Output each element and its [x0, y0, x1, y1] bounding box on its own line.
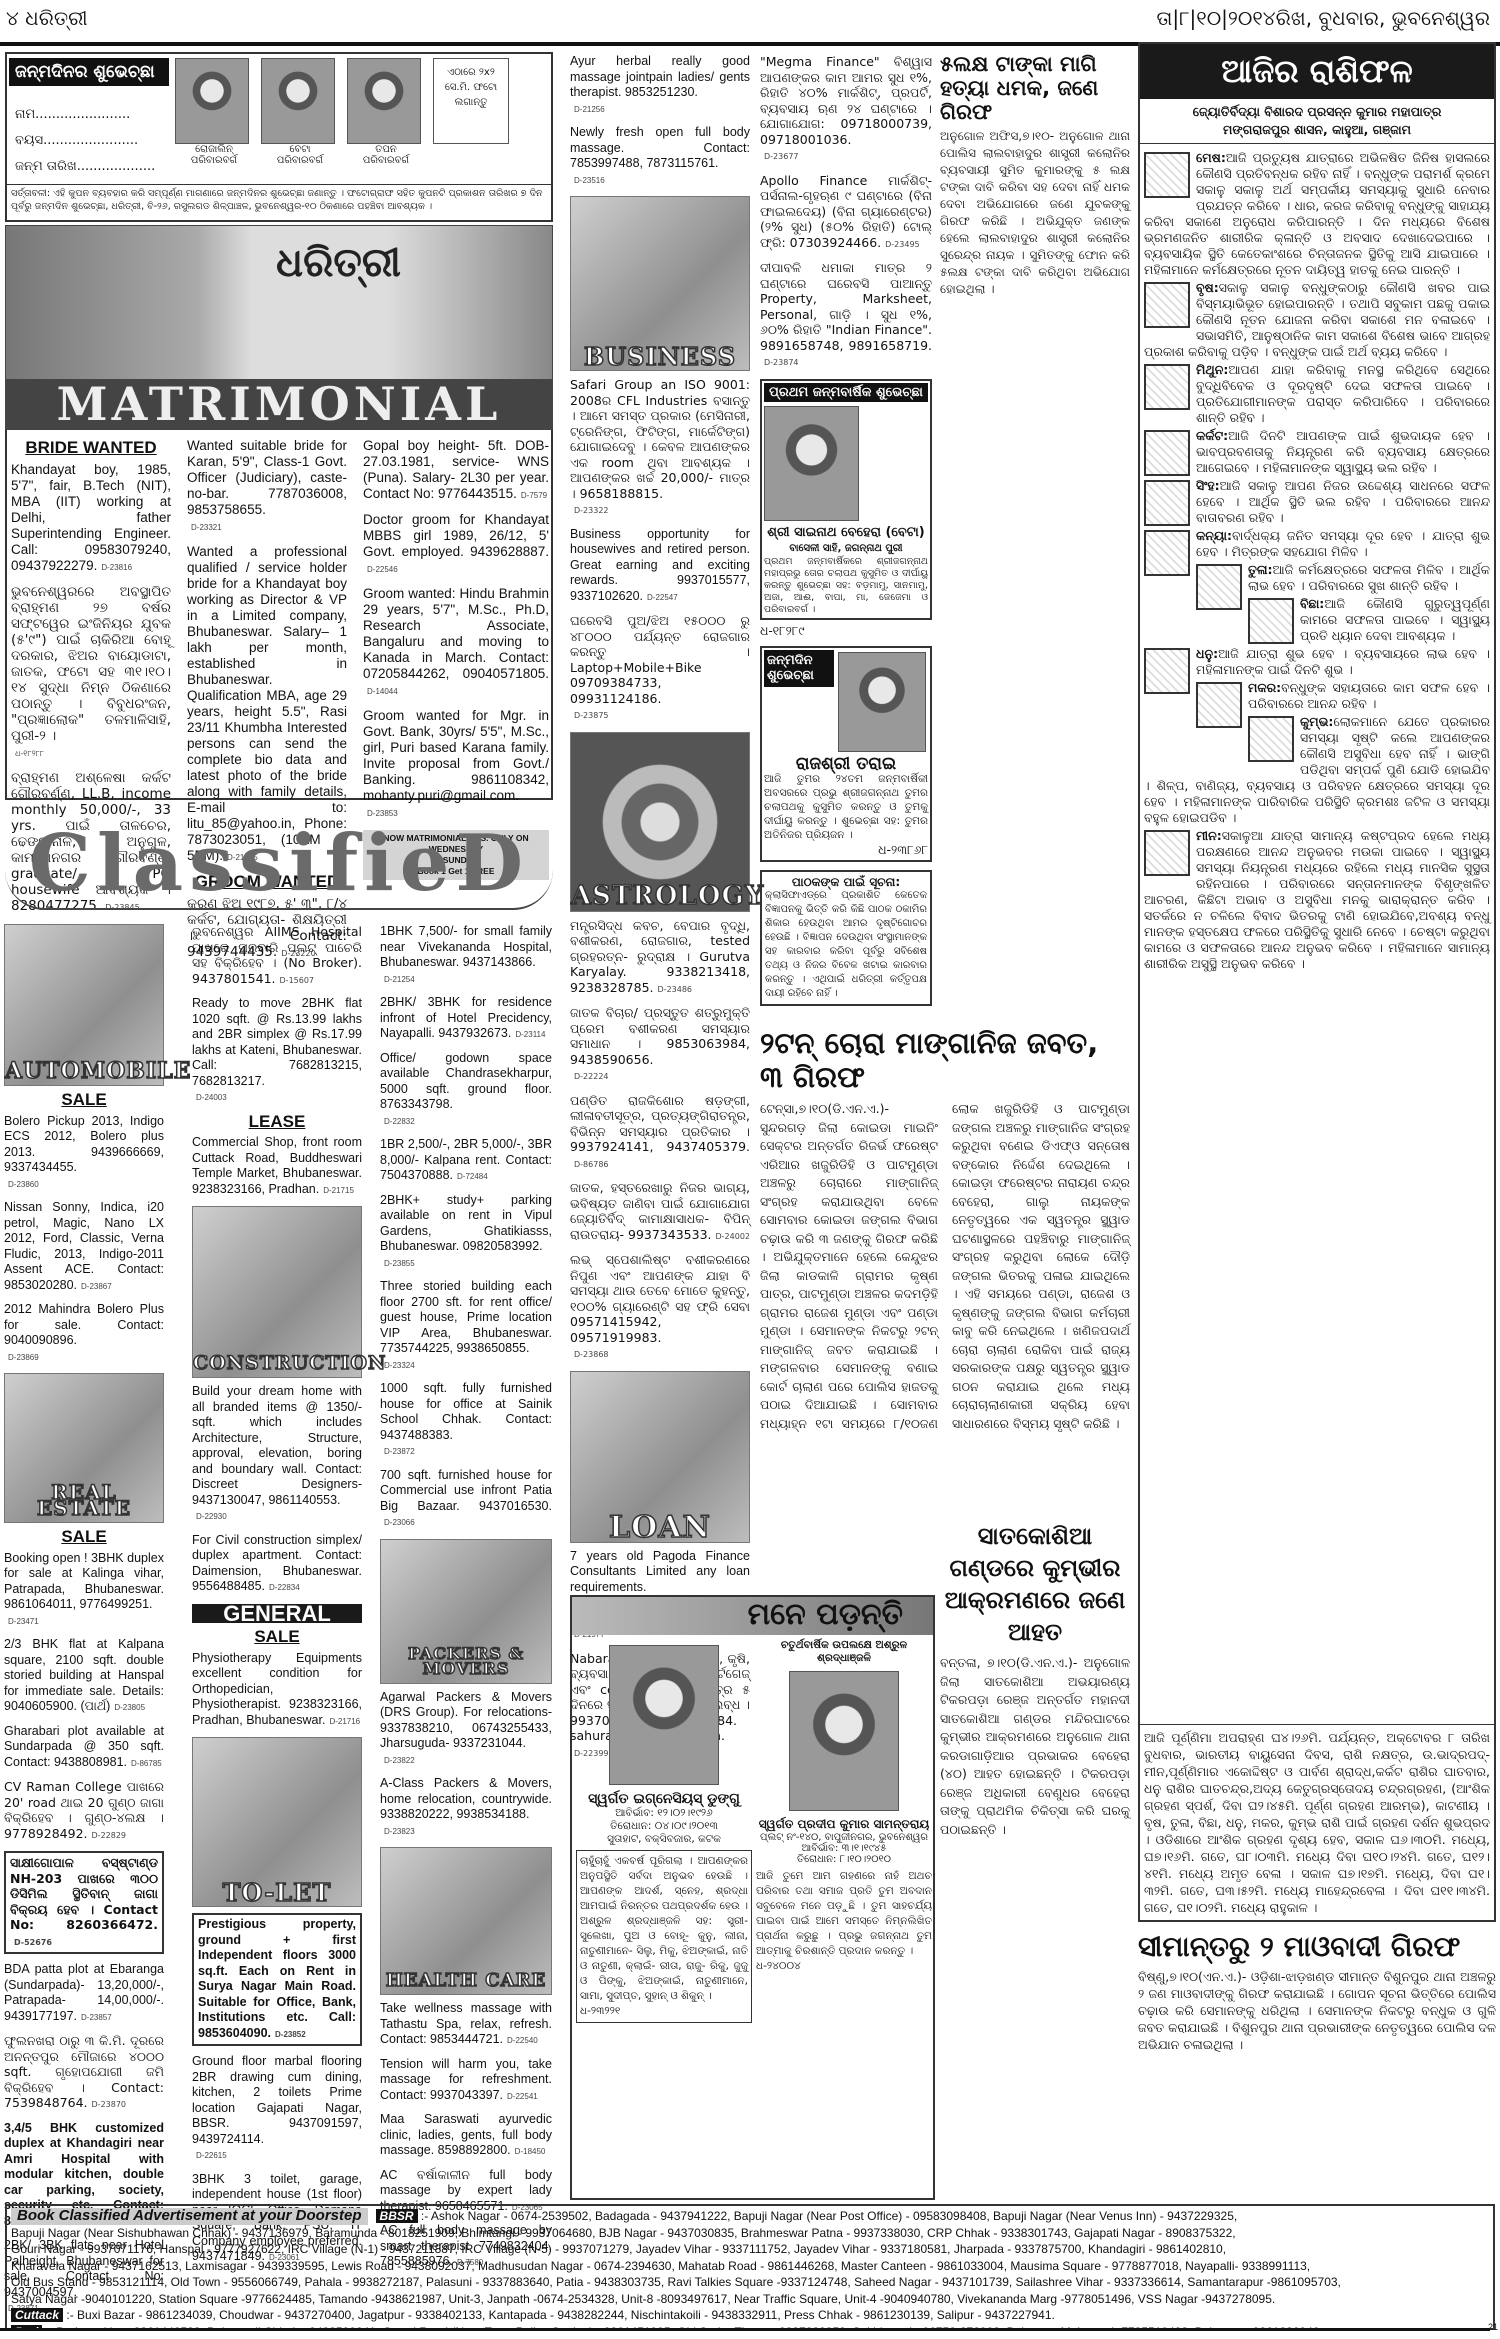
- lion-icon: [1144, 480, 1190, 526]
- finance-column: "Megma Finance" ବିଶ୍ୱାସ ଆପଣଙ୍କର କାମ ଆମର …: [760, 54, 932, 1006]
- code: D-23867: [81, 1279, 112, 1295]
- classified-ad: Apollo Finance ମାର୍କଶିଟ୍-ପର୍ସନାଲ-ଗୃହଋଣ ୯…: [760, 173, 932, 253]
- business-column: Ayur herbal really good massage jointpai…: [570, 54, 750, 1769]
- scales-icon: [1196, 564, 1242, 610]
- birthday-coupon: ଜନ୍ମଦିନର ଶୁଭେଚ୍ଛା ନାମ...................…: [5, 52, 553, 222]
- classified-ad: 2BHK+ study+ parking available on rent i…: [380, 1193, 552, 1272]
- name: କର୍କଟ:: [1196, 428, 1228, 443]
- code: D-23805: [114, 1700, 145, 1716]
- name: ସିଂହ:: [1196, 478, 1220, 493]
- packers-caption: PACKERS & MOVERS: [381, 1646, 551, 1677]
- code: D-22540: [507, 2033, 538, 2049]
- photo-placeholder: ଏଠାରେ ୨x୨ ସେ.ମି. ଫଟୋ ଲଗାନ୍ତୁ: [433, 58, 509, 144]
- age-field[interactable]: ବୟସ.......................: [15, 128, 155, 154]
- matrimonial-ad: ଭୁବନେଶ୍ୱରରେ ଅବସ୍ଥାପିତ ବ୍ରାହ୍ମଣ ୨୭ ବର୍ଷର …: [11, 584, 171, 762]
- code: D-22546: [367, 562, 398, 578]
- text: Three storied building each floor 2700 s…: [380, 1279, 552, 1355]
- news-story-3: ସାତକୋଶିଆ ଗଣ୍ଡରେ କୁମ୍ଭୀର ଆକ୍ରମଣରେ ଜଣେ ଆହତ…: [940, 1520, 1130, 1839]
- lease-heading: LEASE: [192, 1114, 362, 1130]
- classified-ad: 2BHK/ 3BHK for residence infront of Hote…: [380, 995, 552, 1043]
- text: ଦୀପାବଳି ଧମାକା ମାତ୍ର ୨ ଘଣ୍ଟାରେ ଘରେବସି ପାଆ…: [760, 260, 932, 353]
- fish-icon: [1144, 830, 1190, 876]
- classified-ad: 1000 sqft. fully furnished house for off…: [380, 1381, 552, 1460]
- code: D-23870: [92, 2097, 127, 2113]
- footer-title: Book Classified Advertisement at your Do…: [11, 2208, 368, 2225]
- name: ରାଜଶ୍ରୀ ତରାଇ: [764, 757, 928, 773]
- code: D-22832: [384, 1114, 415, 1130]
- date-line: ତା|୮|୧୦|୨୦୧୪ରିଖ, ବୁଧବାର, ଭୁବନେଶ୍ୱର: [1156, 6, 1490, 30]
- text: CV Raman College ପାଖରେ 20' road ଥାଇ 20 ଗ…: [4, 1779, 164, 1841]
- code: D-23823: [384, 1824, 415, 1840]
- text: A-Class Packers & Movers, home relocatio…: [380, 1776, 552, 1821]
- automobile-column: AUTOMOBILE SALE Bolero Pickup 2013, Indi…: [4, 924, 164, 2325]
- text: ପଣ୍ଡିତ ରାଜକିଶୋର ଷଡ଼ଙ୍ଗୀ, ଲୀଳାବତୀସୂତ୍ର, ପ…: [570, 1093, 750, 1155]
- bull-icon: [1144, 282, 1190, 328]
- photo-family: ପରିବାରବର୍ଗ: [347, 155, 425, 166]
- name: ତୁଳା:: [1248, 562, 1273, 577]
- classified-ad: A-Class Packers & Movers, home relocatio…: [380, 1776, 552, 1839]
- code: D-22615: [196, 2148, 227, 2164]
- text: "Megma Finance" ବିଶ୍ୱାସ ଆପଣଙ୍କର କାମ ଆମର …: [760, 54, 932, 147]
- construction-caption: CONSTRUCTION: [193, 1356, 361, 1372]
- 0: Ashok Nagar - 0674-2539502, Badagada - 9…: [431, 2209, 1237, 2223]
- lease-column: ଭୁବନେଶ୍ୱର AIIMS Hospital ପାଖରେ ଘରବାରି ପ୍…: [192, 924, 362, 2274]
- death: ତିରୋଧାନ: ୮।୧୦।୨୦୧୦: [756, 1854, 932, 1865]
- classified-ad: Newly fresh open full body massage. Cont…: [570, 125, 750, 188]
- classified-ad: Tension will harm you, take massage for …: [380, 2057, 552, 2105]
- coupon-title: ଜନ୍ମଦିନର ଶୁଭେଚ୍ଛା: [9, 58, 169, 86]
- tolet-image: TO-LET: [192, 1737, 362, 1907]
- deceased-photo-2: [789, 1671, 899, 1811]
- code: D-23322: [574, 503, 609, 519]
- name: ଶ୍ରୀ ସାଇନାଥ ବେହେରା (ବେଟା): [764, 525, 928, 541]
- death: ତିରୋଧାନ: ୦୪।୦୯।୨୦୧୩: [576, 1820, 752, 1833]
- code: D-18450: [515, 2144, 546, 2160]
- classified-ad: Commercial Shop, front room Cuttack Road…: [192, 1135, 362, 1198]
- name: ସ୍ୱର୍ଗତ ଇଗ୍‌ନେସିୟସ୍ ଡୁଙ୍ଗୁ: [576, 1791, 752, 1807]
- classified-ad: ଲଭ୍ ସ୍ପେଶାଲିଷ୍ଟ ବଶୀକରଣରେ ନିପୁଣ ଏବଂ ଆପଣଙ୍…: [570, 1252, 750, 1363]
- footer-line: Old Bus Stand - 9853121114, Old Town - 9…: [11, 2274, 1489, 2291]
- code: D-23471: [8, 1614, 39, 1630]
- text: Agarwal Packers & Movers (DRS Group). Fo…: [380, 1690, 552, 1751]
- code: D-23321: [191, 520, 222, 536]
- body: ଅନୁଗୋଳ ଅଫିସ,୭।୧୦- ଅନୁଗୋଳ ଥାନା ପୋଲିସ ଲାଲବ…: [940, 128, 1130, 298]
- news-story-1: ୫ଲକ୍ଷ ଟାଙ୍କା ମାଗି ହତ୍ୟା ଧମକ, ଜଣେ ଗିରଫ ଅନ…: [940, 52, 1130, 298]
- ram-icon: [1144, 152, 1190, 198]
- deceased-photo-1: [609, 1645, 719, 1785]
- code: D-21716: [329, 1714, 360, 1730]
- classified-ad: Take wellness massage with Tathastu Spa,…: [380, 2001, 552, 2049]
- rashi-simha: ସିଂହ:ଆଜି ସକାଳୁ ଆପଣ ନିଜର ଉଦ୍ଦେଶ୍ୟ ସାଧନରେ …: [1144, 478, 1490, 526]
- matrimonial-ad: Groom wanted for Mgr. in Govt. Bank, 30y…: [363, 708, 549, 822]
- text: ଭୁବନେଶ୍ୱର AIIMS Hospital ପାଖରେ ଘରବାରି ପ୍…: [192, 924, 362, 986]
- image-caption: REAL ESTATE: [5, 1485, 163, 1516]
- photo-family: ପରିବାରବର୍ଗ: [175, 155, 253, 166]
- code: D-24003: [196, 1090, 227, 1106]
- photo-name: ତପନ: [347, 144, 425, 155]
- astrology-image: ASTROLOGY: [570, 732, 750, 912]
- code: D-23816: [101, 560, 132, 576]
- code: D-23114: [515, 1027, 545, 1043]
- photo-family: ପରିବାରବର୍ଗ: [261, 155, 339, 166]
- bbsr-label: BBSR: [376, 2209, 418, 2223]
- name: କନ୍ୟା:: [1196, 528, 1232, 543]
- cuttack-line: :- Buxi Bazar - 9861234039, Choudwar - 9…: [66, 2308, 1054, 2322]
- packers-movers-image: PACKERS & MOVERS: [380, 1539, 552, 1684]
- classified-ad: ଫୁଲନଖରା ଠାରୁ ୩ କି.ମି. ଦୂରରେ ଅନନ୍ତପୁର ମୌଜ…: [4, 2033, 164, 2113]
- boxed-ad: Prestigious property, ground + first Ind…: [192, 1913, 362, 2046]
- footer-line: Satya Nagar -9040101220, Station Square …: [11, 2291, 1489, 2308]
- code: D-23066: [384, 1515, 415, 1531]
- construction-image: CONSTRUCTION: [192, 1206, 362, 1378]
- name: ବିଛା:: [1300, 596, 1324, 611]
- woman-photo: [838, 652, 926, 752]
- classified-ad: ଘରେବସି ପୁଅ/ଝିଅ ୧୫୦୦୦ ରୁ ୪୮୦୦୦ ପର୍ଯ୍ୟନ୍ତ …: [570, 613, 750, 724]
- message: ଚାହୁଁଚାହୁଁ ଏକବର୍ଷ ପୂରିଗଲା । ଆପଣଙ୍କର ଅନୁପ…: [580, 1855, 748, 2002]
- name: ମକର:: [1248, 680, 1281, 695]
- loan-image: LOAN: [570, 1371, 750, 1543]
- maiden-icon: [1144, 530, 1190, 576]
- first-birthday-ad: ପ୍ରଥମ ଜନ୍ମବାର୍ଷିକ ଶୁଭେଚ୍ଛା ଶ୍ରୀ ସାଇନାଥ ବ…: [760, 379, 932, 621]
- text: ଆଜି ଯାତ୍ରା ଶୁଭ ହେବ । ବ୍ୟବସାୟରେ ଲାଭ ହେବ ।…: [1196, 646, 1490, 677]
- photo-name: ରୋଜାଲିନ୍: [175, 144, 253, 155]
- real-estate-sale-heading: SALE: [4, 1529, 164, 1545]
- address: ସୁତାହାଟ, ବକ୍ସିବଜାର, କଟକ: [576, 1833, 752, 1846]
- code: D-22834: [269, 1580, 300, 1596]
- classified-ad: ଭୁବନେଶ୍ୱର AIIMS Hospital ପାଖରେ ଘରବାରି ପ୍…: [192, 924, 362, 988]
- text: ବନ୍ଧୁଙ୍କ ସହାୟତାରେ କାମ ସଫଳ ହେବ । ପରିବାରରେ…: [1248, 680, 1490, 711]
- code: D-23874: [764, 355, 799, 371]
- doorstep-booking-footer: Book Classified Advertisement at your Do…: [5, 2204, 1495, 2330]
- rashi-vrisha: ବୃଷ:ସକାଳୁ ସକାଳୁ ବନ୍ଧୁଙ୍କଠାରୁ କୌଣସି ଖବର ପ…: [1144, 280, 1490, 360]
- bride-wanted-heading: BRIDE WANTED: [11, 440, 171, 456]
- text: ଆପଣ ଯାହା କରିବାକୁ ମନସ୍ଥ କରିଥିବେ ସେଥିରେ ବୁ…: [1196, 362, 1490, 425]
- title: ଜନ୍ମଦିନ ଶୁଭେଚ୍ଛା: [764, 650, 834, 687]
- text: Khandayat boy, 1985, 5'7", fair, B.Tech …: [11, 462, 171, 573]
- code: D-86785: [131, 1756, 162, 1772]
- text: ବାର୍ଦ୍ଧକ୍ୟ ଜନିତ ସମସ୍ୟା ଦୂର ହେବ । ଯାତ୍ରା …: [1196, 528, 1490, 559]
- name: ଧନୁ:: [1196, 646, 1218, 661]
- text: 1000 sqft. fully furnished house for off…: [380, 1381, 552, 1442]
- child-photo-1: [175, 58, 249, 144]
- archer-icon: [1144, 648, 1190, 694]
- classified-ad: BDA patta plot at Ebaranga (Sundarpada)-…: [4, 1962, 164, 2025]
- title: ପ୍ରଥମ ଜନ୍ମବାର୍ଷିକ ଶୁଭେଚ୍ଛା: [764, 383, 928, 403]
- classified-ad: 700 sqft. furnished house for Commercial…: [380, 1468, 552, 1531]
- goat-icon: [1196, 682, 1242, 728]
- text: Groom wanted: Hindu Brahmin 29 years, 5'…: [363, 586, 549, 681]
- name: କୁମ୍ଭ:: [1300, 714, 1333, 729]
- classified-ad: ଜାତକ ବିଚାର/ ପ୍ରସ୍ତୁତ ଶତ୍ରୁମୁକ୍ତି ପ୍ରେମ ବ…: [570, 1005, 750, 1085]
- name: ମେଷ:: [1196, 150, 1226, 165]
- rashi-karkata: କର୍କଟ:ଆଜି ଦିନଟି ଆପଣଙ୍କ ପାଇଁ ଶୁଭଦାୟକ ହେବ …: [1144, 428, 1490, 476]
- code: D-22547: [647, 590, 678, 606]
- rashi-mesha: ମେଷ:ଆଜି ପ୍ରତ୍ୟୁଷ ଯାତ୍ରାରେ ଅଭିଳଷିତ ଜିନିଷ …: [1144, 150, 1490, 278]
- rashi-mithuna: ମିଥୁନ:ଆପଣ ଯାହା କରିବାକୁ ମନସ୍ଥ କରିଥିବେ ସେଥ…: [1144, 362, 1490, 426]
- text: Build your dream home with all branded i…: [192, 1384, 362, 1507]
- text: ଆଜି ସକାଳୁ ଆପଣ ନିଜର ଉଦ୍ଦେଶ୍ୟ ସାଧନରେ ସଫଳ ହ…: [1196, 478, 1490, 525]
- classified-ad: Agarwal Packers & Movers (DRS Group). Fo…: [380, 1690, 552, 1769]
- text: ଆଜି ଦିନଟି ଆପଣଙ୍କ ପାଇଁ ଶୁଭଦାୟକ ହେବ । ଭାବପ…: [1196, 428, 1490, 475]
- classified-ad: Ready to move 2BHK flat 1020 sqft. @ Rs.…: [192, 996, 362, 1106]
- text: Prestigious property, ground + first Ind…: [198, 1917, 356, 2040]
- water-pot-icon: [1248, 716, 1294, 762]
- code: ଧ-୨୪୦୦୪: [756, 1960, 801, 1972]
- name: ବୃଷ:: [1196, 280, 1219, 295]
- classified-ad: ଜାତକ, ହସ୍ତରେଖାରୁ ନିଜର ଭାଗ୍ୟ, ଭବିଷ୍ୟତ ଜାଣ…: [570, 1180, 750, 1244]
- birthday-ad: ଜନ୍ମଦିନ ଶୁଭେଚ୍ଛା ରାଜଶ୍ରୀ ତରାଇ ଆଜି ତୁମର ୨…: [760, 646, 932, 862]
- rashi-dhanu: ଧନୁ:ଆଜି ଯାତ୍ରା ଶୁଭ ହେବ । ବ୍ୟବସାୟରେ ଲାଭ ହ…: [1144, 646, 1490, 678]
- name-field[interactable]: ନାମ.......................: [15, 102, 155, 128]
- code: D-24002: [716, 1229, 751, 1245]
- code: D-23857: [81, 2010, 112, 2026]
- general-sale-heading: SALE: [192, 1629, 362, 1645]
- obituary-title: ମନେ ପଡ଼ନ୍ତି: [572, 1597, 933, 1635]
- text: ସାକ୍ଷୀଗୋପାଳ ବସ୍‌ଷ୍ଟାଣ୍ଡ NH-203 ପାଖରେ ୩୦୦…: [10, 1855, 158, 1932]
- code: D-23495: [885, 237, 920, 253]
- footer-line: Gouri Nagar - 9937071176, Hanspal - 9777…: [11, 2241, 1489, 2258]
- classified-ad: Bolero Pickup 2013, Indigo ECS 2012, Bol…: [4, 1114, 164, 1193]
- text: Office/ godown space available Chandrase…: [380, 1051, 552, 1112]
- matrimonial-title: MATRIMONIAL: [6, 379, 552, 429]
- classified-ad: Build your dream home with all branded i…: [192, 1384, 362, 1525]
- photo-name: ବେଟା: [261, 144, 339, 155]
- classified-ad: ମନ୍ତ୍ରସିଦ୍ଧ କବଚ, ବେପାର ବୃଦ୍ଧି, ବଶୀକରଣ, ର…: [570, 918, 750, 998]
- classified-ad: 2/3 BHK flat at Kalpana square, 2100 sqf…: [4, 1637, 164, 1716]
- text: ଲୋକମାନେ ଯେତେ ପ୍ରକାରର ସମସ୍ୟା ସୃଷ୍ଟି କଲେ ଆ…: [1144, 714, 1490, 825]
- classified-ad: Gharabari plot available at Sundarpada @…: [4, 1724, 164, 1772]
- text: ସକାଳୁଆ ଯାତ୍ରା ସାମାନ୍ୟ କଷ୍ଟପ୍ରଦ ହେଲେ ମଧ୍ୟ…: [1144, 828, 1490, 971]
- business-image: BUSINESS: [570, 196, 750, 371]
- classified-ad: Business opportunity for housewives and …: [570, 527, 750, 606]
- code: ଧ-୧୮୨୮୮: [15, 746, 44, 762]
- rashi-list: ମେଷ:ଆଜି ପ୍ରତ୍ୟୁଷ ଯାତ୍ରାରେ ଅଭିଳଷିତ ଜିନିଷ …: [1140, 144, 1494, 972]
- matrimonial-section: BRIDE WANTED Khandayat boy, 1985, 5'7", …: [5, 430, 553, 800]
- text: Ayur herbal really good massage jointpai…: [570, 54, 750, 99]
- health-caption: HEALTH CARE: [381, 1973, 551, 1989]
- text: କ୍ଲାସିଫାଏଡ୍‌ରେ ପ୍ରକାଶିତ କେତେକ ବିଜ୍ଞାପନକୁ…: [765, 889, 927, 1001]
- child-photo-2: [261, 58, 335, 144]
- classified-ad: For Civil construction simplex/ duplex a…: [192, 1533, 362, 1596]
- code: D-15607: [280, 973, 315, 989]
- astrology-caption: ASTROLOGY: [571, 889, 749, 905]
- dharitri-logo: ଧରିତ୍ରୀ: [276, 240, 401, 286]
- classified-ad: Nissan Sonny, Indica, i20 petrol, Magic,…: [4, 1200, 164, 1294]
- header: ଚତୁର୍ଥବାର୍ଷିକ ଉପଲକ୍ଷେ ଅଶ୍ରୁଳ ଶ୍ରଦ୍ଧାଞ୍ଜଳ…: [756, 1639, 932, 1665]
- body: ଟେନ୍‌ସା,୭।୧୦(ଡି.ଏନ.ଏ.)- ସୁନ୍ଦରଗଡ଼ ଜିଲା କ…: [760, 1100, 1130, 1570]
- astrologer-name: ଜ୍ୟୋତିର୍ବିଦ୍ୟା ବିଶାରଦ ପ୍ରସନ୍ନ କୁମାର ମହାପ…: [1140, 103, 1494, 121]
- classified-ad: Office/ godown space available Chandrase…: [380, 1051, 552, 1130]
- text: ଲଭ୍ ସ୍ପେଶାଲିଷ୍ଟ ବଶୀକରଣରେ ନିପୁଣ ଏବଂ ଆପଣଙ୍…: [570, 1252, 750, 1345]
- code: D-23869: [8, 1350, 39, 1366]
- real-estate-image: REAL ESTATE: [4, 1373, 164, 1523]
- classified-ad: Ayur herbal really good massage jointpai…: [570, 54, 750, 117]
- address: ବାସେଳୀ ସାହି, ଜଗନ୍ନାଥ ପୁରୀ: [764, 541, 928, 557]
- text: 2BHK+ study+ parking available on rent i…: [380, 1193, 552, 1254]
- footer-line: Kharavela Nagar - 9437162513, Laxmisagar…: [11, 2258, 1489, 2275]
- twins-icon: [1144, 364, 1190, 410]
- boxed-ad: ସାକ୍ଷୀଗୋପାଳ ବସ୍‌ଷ୍ଟାଣ୍ଡ NH-203 ପାଖରେ ୩୦୦…: [4, 1851, 164, 1954]
- health-care-image: HEALTH CARE: [380, 1847, 552, 1995]
- code: D-21715: [323, 1183, 354, 1199]
- classified-ad: CV Raman College ପାଖରେ 20' road ଥାଇ 20 ଗ…: [4, 1779, 164, 1843]
- code: ଧ-୨୩୮୬୮: [764, 842, 928, 858]
- matrimonial-ad: Gopal boy height- 5ft. DOB-27.03.1981, s…: [363, 438, 549, 504]
- body: ବନ୍ତଳା, ୭।୧୦(ଡି.ଏନ.ଏ.)- ଅନୁଗୋଳ ଜିଲା ସାତକ…: [940, 1654, 1130, 1839]
- code: D-86786: [574, 1157, 609, 1173]
- classified-title: ClassifieD: [5, 818, 553, 909]
- headline: ସୀମାନ୍ତରୁ ୨ ମାଓବାଦୀ ଗିରଫ: [1138, 1930, 1496, 1964]
- name: ମୀନ:: [1196, 828, 1222, 843]
- rashi-mina: ମୀନ:ସକାଳୁଆ ଯାତ୍ରା ସାମାନ୍ୟ କଷ୍ଟପ୍ରଦ ହେଲେ …: [1144, 828, 1490, 972]
- code: D-22224: [574, 1069, 609, 1085]
- text: Bolero Pickup 2013, Indigo ECS 2012, Bol…: [4, 1114, 164, 1175]
- address: ପ୍ଲଟ୍ ନଂ-୧୪୦, ବାପୁଜୀନଗର, ଭୁବନେଶ୍ୱର: [756, 1832, 932, 1843]
- news-story-2: ୨ଟନ୍ ଚୋରା ମାଙ୍ଗାନିଜ ଜବତ, ୩ ଗିରଫ ଟେନ୍‌ସା,…: [760, 1026, 1130, 1570]
- astrologer-location: ମଙ୍ଗରାଜପୁର ଶାସନ, କାହୁଆ, ଗଞ୍ଜାମ: [1140, 121, 1494, 139]
- text: Safari Group an ISO 9001: 2008ର CFL Indu…: [570, 377, 750, 501]
- text: ଜାତକ ବିଚାର/ ପ୍ରସ୍ତୁତ ଶତ୍ରୁମୁକ୍ତି ପ୍ରେମ ବ…: [570, 1005, 750, 1067]
- matrimonial-ad: Groom wanted: Hindu Brahmin 29 years, 5'…: [363, 586, 549, 700]
- baby-photo: [764, 406, 859, 521]
- page-number: 21: [1488, 2322, 1498, 2332]
- text: Booking open ! 3BHK duplex for sale at K…: [4, 1551, 164, 1612]
- code: ଧ-୧୮୨୮୯: [760, 624, 932, 640]
- rashi-makara: ମକର:ବନ୍ଧୁଙ୍କ ସହାୟତାରେ କାମ ସଫଳ ହେବ । ପରିବ…: [1144, 680, 1490, 712]
- text: Doctor groom for Khandayat MBBS girl 198…: [363, 512, 549, 559]
- classified-ad: Safari Group an ISO 9001: 2008ର CFL Indu…: [570, 377, 750, 519]
- scorpion-icon: [1248, 598, 1294, 644]
- page-label: ୪ ଧରିତ୍ରୀ: [6, 6, 88, 30]
- code: D-23860: [8, 1177, 39, 1193]
- text: ଘରେବସି ପୁଅ/ଝିଅ ୧୫୦୦୦ ରୁ ୪୮୦୦୦ ପର୍ଯ୍ୟନ୍ତ …: [570, 613, 750, 706]
- rashi-tula: ତୁଳା:ଆଜି କର୍ମକ୍ଷେତ୍ରରେ ସଫଳତା ମିଳିବ । ଆର୍…: [1144, 562, 1490, 594]
- code: D-23852: [275, 2027, 306, 2043]
- matrimonial-ad: Wanted suitable bride for Karan, 5'9", C…: [187, 438, 347, 536]
- classified-ad: Physiotherapy Equipments excellent condi…: [192, 1651, 362, 1730]
- business-caption: BUSINESS: [571, 349, 749, 365]
- code: D-22930: [196, 1509, 227, 1525]
- code: D-21256: [574, 102, 605, 118]
- general-heading: GENERAL: [192, 1604, 362, 1624]
- matrimonial-banner: ଧରିତ୍ରୀ MATRIMONIAL: [5, 225, 553, 430]
- classified-ad: 1BHK 7,500/- for small family near Vivek…: [380, 924, 552, 987]
- code: D-14044: [367, 684, 398, 700]
- code: D-23677: [764, 149, 799, 165]
- name: ମିଥୁନ:: [1196, 362, 1228, 377]
- text: 700 sqft. furnished house for Commercial…: [380, 1468, 552, 1513]
- automobile-image: AUTOMOBILE: [4, 924, 164, 1086]
- matrimonial-ad: Khandayat boy, 1985, 5'7", fair, B.Tech …: [11, 462, 171, 576]
- classified-ad: ପଣ୍ଡିତ ରାଜକିଶୋର ଷଡ଼ଙ୍ଗୀ, ଲୀଳାବତୀସୂତ୍ର, ପ…: [570, 1093, 750, 1173]
- text: Wanted suitable bride for Karan, 5'9", C…: [187, 438, 347, 517]
- image-caption: AUTOMOBILE: [5, 1064, 163, 1080]
- text: ଆଜି କର୍ମକ୍ଷେତ୍ରରେ ସଫଳତା ମିଳିବ । ଆର୍ଥିକ ଲ…: [1248, 562, 1490, 593]
- code: ଧ-୨୩୨୨୧: [580, 2005, 620, 2017]
- automobile-sale-heading: SALE: [4, 1092, 164, 1108]
- code: D-21254: [384, 972, 415, 988]
- classified-ad: Maa Saraswati ayurvedic clinic, ladies, …: [380, 2112, 552, 2160]
- cuttack-label: Cuttack: [11, 2308, 63, 2322]
- code: D-23486: [658, 982, 693, 998]
- message: ଆଜି ତୁମର ୨୪ତମ ଜନ୍ମବାର୍ଷିକୀ ଅବସରରେ ପ୍ରଭୁ …: [764, 772, 928, 842]
- code: D-23516: [574, 173, 605, 189]
- name: ସ୍ୱର୍ଗତ ପ୍ରଦୀପ କୁମାର ସାମନ୍ତରାୟ: [756, 1817, 932, 1832]
- text: ଫୁଲନଖରା ଠାରୁ ୩ କି.ମି. ଦୂରରେ ଅନନ୍ତପୁର ମୌଜ…: [4, 2033, 164, 2110]
- text: ଆଜି ପ୍ରତ୍ୟୁଷ ଯାତ୍ରାରେ ଅଭିଳଷିତ ଜିନିଷ ହାସଲ…: [1144, 150, 1490, 277]
- rent-column: 1BHK 7,500/- for small family near Vivek…: [380, 924, 552, 2279]
- classified-ad: Ground floor marbal flooring 2BR drawing…: [192, 2054, 362, 2164]
- classified-ad: 1BR 2,500/-, 2BR 5,000/-, 3BR 8,000/- Ka…: [380, 1137, 552, 1185]
- obituary-section: ମନେ ପଡ଼ନ୍ତି ସ୍ୱର୍ଗତ ଇଗ୍‌ନେସିୟସ୍ ଡୁଙ୍ଗୁ ଆ…: [570, 1595, 935, 2200]
- code: D-23872: [384, 1444, 415, 1460]
- young-man-photo: [347, 58, 421, 144]
- rashi-kumbha: କୁମ୍ଭ:ଲୋକମାନେ ଯେତେ ପ୍ରକାରର ସମସ୍ୟା ସୃଷ୍ଟି…: [1144, 714, 1490, 826]
- crab-icon: [1144, 430, 1190, 476]
- code: D-22541: [507, 2089, 538, 2105]
- headline: ୫ଲକ୍ଷ ଟାଙ୍କା ମାଗି ହତ୍ୟା ଧମକ, ଜଣେ ଗିରଫ: [940, 52, 1130, 124]
- text: Newly fresh open full body massage. Cont…: [570, 125, 750, 170]
- reader-notice: ପାଠକଙ୍କ ପାଇଁ ସୂଚନା: କ୍ଲାସିଫାଏଡ୍‌ରେ ପ୍ରକା…: [760, 870, 932, 1006]
- dob-field[interactable]: ଜନ୍ମ ତାରିଖ...................: [15, 154, 155, 180]
- code: D-7579: [521, 488, 547, 504]
- text: Ready to move 2BHK flat 1020 sqft. @ Rs.…: [192, 996, 362, 1088]
- loan-caption: LOAN: [571, 1520, 749, 1536]
- code: D-72484: [457, 1169, 488, 1185]
- classified-ad: "Megma Finance" ବିଶ୍ୱାସ ଆପଣଙ୍କର କାମ ଆମର …: [760, 54, 932, 165]
- classified-banner: ClassifieD: [5, 810, 553, 910]
- classified-ad: ଦୀପାବଳି ଧମାକା ମାତ୍ର ୨ ଘଣ୍ଟାରେ ଘରେବସି ପାଆ…: [760, 260, 932, 371]
- text: ଆଜି କୌଣସି ଗୁରୁତ୍ୱପୂର୍ଣ୍ଣ କାମରେ ସଫଳତା ପାଇ…: [1300, 596, 1490, 643]
- headline: ସାତକୋଶିଆ ଗଣ୍ଡରେ କୁମ୍ଭୀର ଆକ୍ରମଣରେ ଜଣେ ଆହତ: [940, 1520, 1130, 1648]
- text: 1BHK 7,500/- for small family near Vivek…: [380, 924, 552, 969]
- classified-ad: 2012 Mahindra Bolero Plus for sale. Cont…: [4, 1302, 164, 1365]
- footer-line: Bapuji Nagar (Near Sishubhawan Chhak) - …: [11, 2225, 1489, 2242]
- text: Ground floor marbal flooring 2BR drawing…: [192, 2054, 362, 2146]
- code: D-22829: [92, 1828, 127, 1844]
- body: ବିଷ୍ଣୁ,୭।୧୦(ଏନ.ଏ.)- ଓଡ଼ିଶା-ଝାଡ଼ଖଣ୍ଡ ସୀମା…: [1138, 1968, 1496, 2053]
- message: ପ୍ରଥମ ଜନ୍ମବାର୍ଷିକରେ ଶ୍ରୀଜଗନ୍ନାଥ ମହାପ୍ରଭୁ…: [764, 556, 928, 616]
- bottom-rule: [0, 2328, 1490, 2331]
- tolet-caption: TO-LET: [193, 1885, 361, 1901]
- title: ପାଠକଙ୍କ ପାଇଁ ସୂଚନା:: [765, 875, 927, 889]
- birth: ଆବିର୍ଭାବ: ୩।୧।୧୯୪୫: [756, 1843, 932, 1854]
- matrimonial-ad: Doctor groom for Khandayat MBBS girl 198…: [363, 512, 549, 578]
- rashiphala-title: ଆଜିର ରାଶିଫଳ: [1140, 44, 1494, 99]
- coupon-terms: ସର୍ତ୍ତାବଳୀ: ଏହି କୁପନ ବ୍ୟବହାର କରି ସମ୍ପୂର୍…: [7, 184, 551, 215]
- news-story-4: ସୀମାନ୍ତରୁ ୨ ମାଓବାଦୀ ଗିରଫ ବିଷ୍ଣୁ,୭।୧୦(ଏନ.…: [1138, 1930, 1496, 2053]
- text: 2012 Mahindra Bolero Plus for sale. Cont…: [4, 1302, 164, 1347]
- rashiphala-section: ଆଜିର ରାଶିଫଳ ଜ୍ୟୋତିର୍ବିଦ୍ୟା ବିଶାରଦ ପ୍ରସନ୍…: [1138, 42, 1496, 1922]
- birth: ଆବିର୍ଭାବ: ୧୨।୦୨।୧୯୨୬: [576, 1807, 752, 1820]
- text: ଭୁବନେଶ୍ୱରରେ ଅବସ୍ଥାପିତ ବ୍ରାହ୍ମଣ ୨୭ ବର୍ଷର …: [11, 584, 171, 744]
- code: D-23324: [384, 1358, 415, 1374]
- classified-ad: Booking open ! 3BHK duplex for sale at K…: [4, 1551, 164, 1630]
- text: Groom wanted for Mgr. in Govt. Bank, 30y…: [363, 708, 549, 803]
- message: ଆଜି ତୁମେ ଆମ ଗହଣରେ ନାହଁ ଅଥଚ ପରିବାର ତଥା ସମ…: [756, 1870, 932, 1957]
- code: D-23822: [384, 1753, 415, 1769]
- code: D-23868: [574, 1347, 609, 1363]
- classified-ad: Three storied building each floor 2700 s…: [380, 1279, 552, 1373]
- headline: ୨ଟନ୍ ଚୋରା ମାଙ୍ଗାନିଜ ଜବତ, ୩ ଗିରଫ: [760, 1026, 1130, 1094]
- panjika: ଆଜି ପୂର୍ଣ୍ଣିମା ଅପରାହ୍ଣ ଘ୪।୨୬ମି. ପର୍ଯ୍ୟନ୍…: [1140, 1724, 1494, 1920]
- code: D-52676: [14, 1935, 52, 1951]
- rashi-kanya: କନ୍ୟା:ବାର୍ଦ୍ଧକ୍ୟ ଜନିତ ସମସ୍ୟା ଦୂର ହେବ । ଯ…: [1144, 528, 1490, 560]
- code: D-23855: [384, 1256, 415, 1272]
- code: D-23875: [574, 708, 609, 724]
